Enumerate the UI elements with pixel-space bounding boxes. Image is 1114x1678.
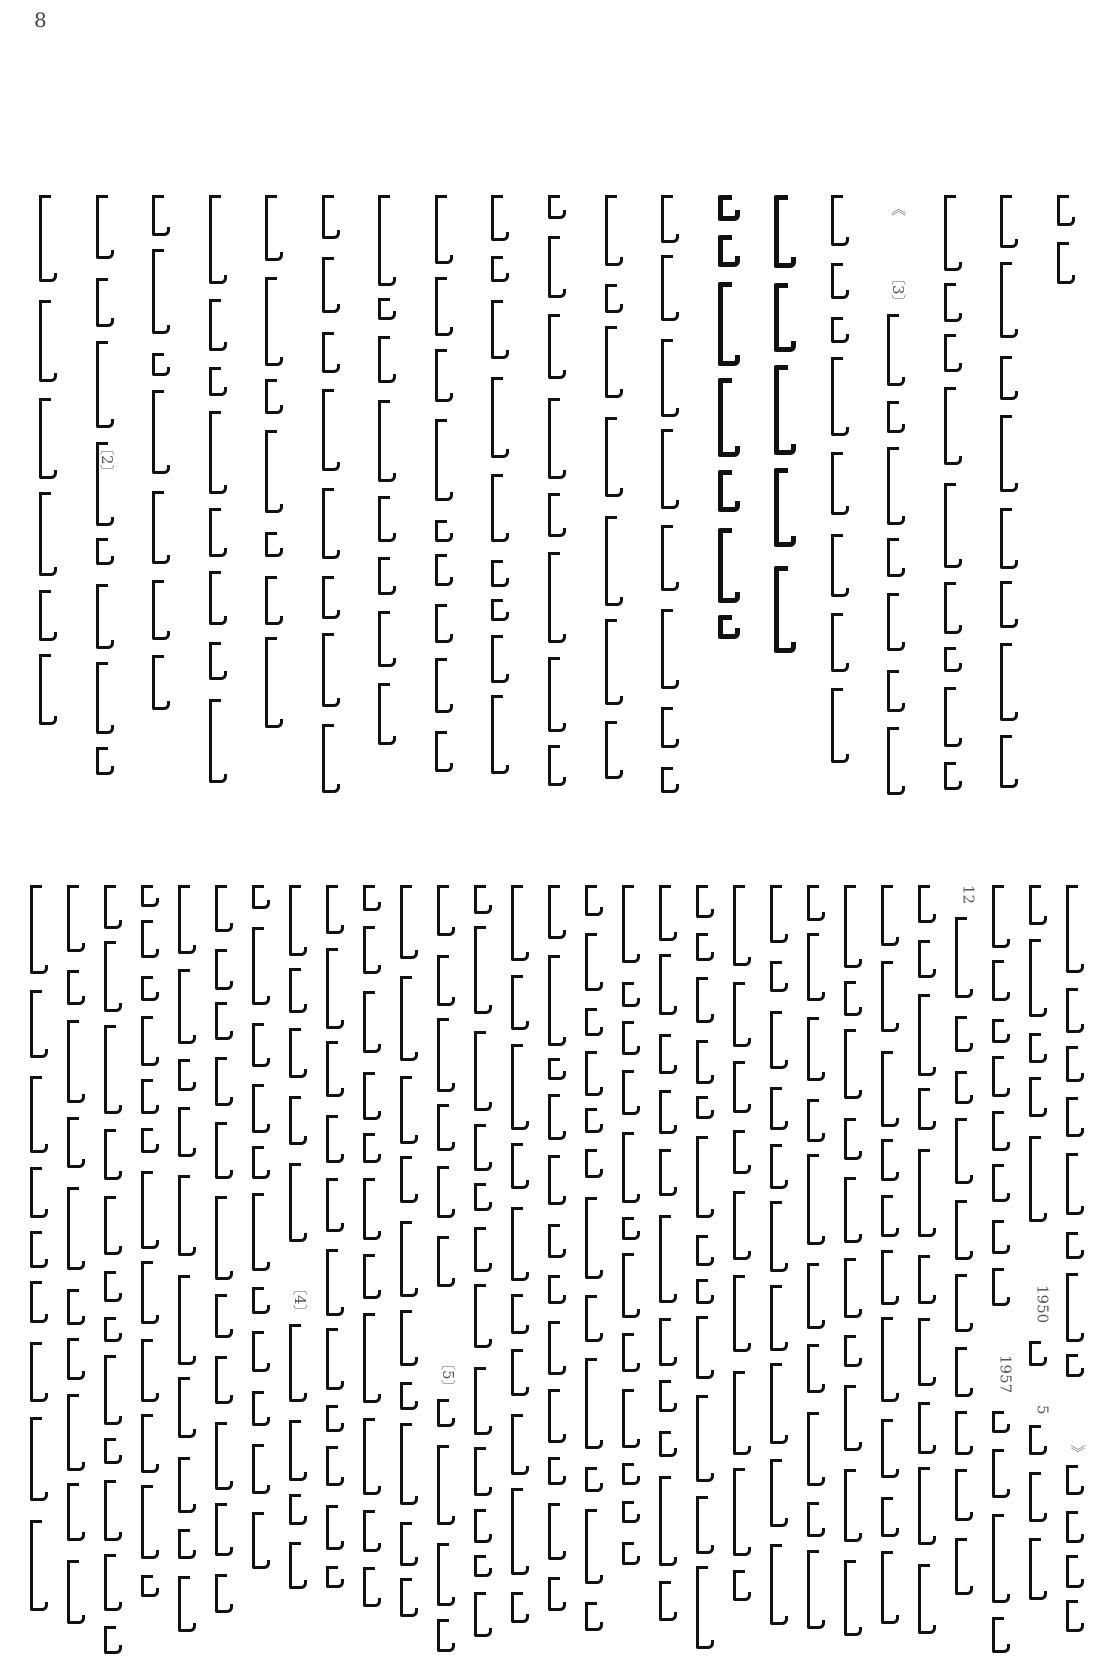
mongolian-word [992,1019,1013,1043]
mongolian-word [659,1318,680,1366]
lower-text-block: 〔4〕〔5〕12195719505》 [20,885,1094,1665]
mongolian-word [622,1501,643,1523]
mongolian-word [104,1271,125,1302]
mongolian-word [326,885,347,934]
mongolian-word [511,1592,532,1623]
mongolian-word [659,885,680,941]
upper-text-block: 〔2〕〔3〕《 [20,195,1094,825]
mongolian-word [511,1207,532,1281]
mongolian-word [252,1444,273,1494]
mongolian-word [548,657,569,732]
mongolian-word [733,1570,754,1601]
mongolian-word [696,1136,717,1218]
text-column [657,195,683,795]
text-column [914,885,940,1655]
mongolian-word [770,1201,791,1272]
mongolian-word [215,949,236,990]
mongolian-word [1066,1354,1087,1377]
mongolian-word [585,1149,606,1178]
text-column [396,885,422,1655]
text-column [470,885,496,1655]
mongolian-word [585,1358,606,1449]
mongolian-word [944,334,965,372]
mongolian-word [1000,643,1021,721]
mongolian-word [548,1389,569,1443]
mongolian-word [622,1070,643,1115]
mongolian-word [770,1087,791,1130]
mongolian-word [548,314,569,379]
text-column [26,885,52,1655]
mongolian-word [104,1196,125,1255]
mongolian-word [585,1008,606,1036]
mongolian-word [992,1617,1013,1653]
inline-marker: 12 [951,885,977,904]
mongolian-word [104,1554,125,1611]
mongolian-word [400,1310,421,1366]
mongolian-word [807,1344,828,1393]
mongolian-word [215,1574,236,1613]
mongolian-word [1000,356,1021,400]
mongolian-word [511,1143,532,1189]
text-column [692,885,718,1655]
mongolian-word [887,314,908,386]
mongolian-word [326,1446,347,1486]
mongolian-word [141,1485,162,1559]
mongolian-word [659,1476,680,1566]
mongolian-word [831,688,852,763]
mongolian-word [774,468,797,547]
mongolian-word [30,1281,51,1323]
mongolian-word [152,491,173,564]
mongolian-word [585,1108,606,1133]
mongolian-word [661,609,682,689]
mongolian-word [178,1175,199,1256]
mongolian-word [992,1411,1013,1433]
mongolian-word [605,195,626,266]
text-column [996,195,1022,795]
mongolian-word [661,429,682,509]
mongolian-word [252,885,273,909]
mongolian-word [141,1016,162,1066]
mongolian-word [955,917,976,998]
mongolian-word [322,257,343,313]
text-column [1053,195,1079,795]
mongolian-word [807,1154,828,1245]
mongolian-word [437,1399,458,1427]
mongolian-word [435,349,456,402]
mongolian-word [659,1215,680,1303]
mongolian-word [178,1529,199,1559]
mongolian-word [363,926,384,974]
text-column [655,885,681,1655]
mongolian-word [918,1088,939,1130]
mongolian-word [474,926,495,1014]
mongolian-word [178,1377,199,1438]
mongolian-word [696,1395,717,1482]
mongolian-word [955,1071,976,1104]
mongolian-word [696,1096,717,1119]
mongolian-word [252,1391,273,1426]
mongolian-word [96,341,117,428]
mongolian-word [733,982,754,1047]
mongolian-word [265,195,286,261]
mongolian-word [696,1235,717,1266]
mongolian-word [30,1167,51,1218]
mongolian-word [881,1497,902,1537]
mongolian-word [39,195,60,282]
mongolian-word [209,367,230,396]
mongolian-word [322,332,343,373]
mongolian-word [437,885,458,936]
mongolian-word [548,1058,569,1080]
mongolian-word [322,633,343,707]
mongolian-word [39,300,60,382]
mongolian-word [104,1438,125,1464]
mongolian-word [474,1183,495,1211]
mongolian-word [807,1099,828,1142]
mongolian-word [696,1040,717,1084]
mongolian-word [265,277,286,366]
mongolian-word [215,1356,236,1404]
mongolian-word [881,1139,902,1181]
mongolian-word [152,195,173,236]
mongolian-word [491,300,512,359]
mongolian-word [1066,988,1087,1033]
mongolian-word [474,1367,495,1435]
mongolian-word [661,339,682,417]
text-column [766,885,792,1655]
mongolian-word [661,195,682,243]
mongolian-word [67,1187,88,1270]
mongolian-word [474,1447,495,1496]
mongolian-word [844,885,865,968]
mongolian-word [326,1328,347,1390]
mongolian-word [992,1220,1013,1254]
mongolian-word [378,611,399,667]
mongolian-word [918,885,939,923]
mongolian-word [659,1380,680,1412]
text-column [877,885,903,1655]
mongolian-word [435,520,456,542]
mongolian-word [718,195,741,221]
mongolian-word [733,1275,754,1352]
mongolian-word [548,1224,569,1258]
mongolian-word [491,560,512,587]
mongolian-word [585,1051,606,1096]
mongolian-word [881,1250,902,1305]
mongolian-word [39,590,60,641]
mongolian-word [178,1576,199,1632]
mongolian-word [265,430,286,513]
mongolian-word [955,1411,976,1455]
heading-column [714,195,740,795]
mongolian-word [491,635,512,683]
mongolian-word [378,336,399,383]
mongolian-word [548,1321,569,1375]
mongolian-word [887,401,908,433]
mongolian-word [733,1371,754,1455]
mongolian-word [548,398,569,479]
mongolian-word [104,941,125,1012]
mongolian-word [992,1449,1013,1498]
mongolian-word [289,1494,310,1525]
mongolian-word [887,670,908,712]
mongolian-word [178,1107,199,1157]
mongolian-word [718,282,741,366]
mongolian-word [1000,195,1021,248]
inline-marker: 〔4〕 [285,1280,311,1320]
mongolian-word [548,1457,569,1485]
mongolian-word [844,1029,865,1099]
mongolian-word [770,1363,791,1444]
mongolian-word [1057,195,1078,226]
mongolian-word [585,1197,606,1279]
mongolian-word [178,1457,199,1513]
mongolian-word [733,1130,754,1174]
mongolian-word [944,762,965,790]
mongolian-word [30,1231,51,1268]
text-column: 〔5〕 [433,885,459,1655]
mongolian-word [585,885,606,916]
mongolian-word [474,1555,495,1577]
mongolian-word [1029,1033,1050,1063]
mongolian-word [548,195,569,219]
mongolian-word [944,483,965,568]
mongolian-word [289,1028,310,1078]
mongolian-word [844,1385,865,1451]
mongolian-word [378,195,399,286]
text-column [803,885,829,1655]
mongolian-word [774,283,797,352]
mongolian-word [141,1414,162,1473]
mongolian-word [696,1496,717,1554]
mongolian-word [209,642,230,680]
mongolian-word [67,1394,88,1471]
mongolian-word [265,637,286,728]
mongolian-word [39,654,60,725]
mongolian-word [152,249,173,334]
page-number: 8 [34,8,47,32]
mongolian-word [659,1581,680,1621]
mongolian-word [322,576,343,619]
mongolian-word [104,1355,125,1425]
text-column: 〔2〕 [92,195,118,795]
mongolian-word [400,1221,421,1297]
mongolian-word [104,1480,125,1541]
mongolian-word [289,1542,310,1589]
mongolian-word [955,1200,976,1260]
mongolian-word [548,493,569,537]
mongolian-word [696,885,717,918]
mongolian-word [289,968,310,1013]
text-column [63,885,89,1655]
mongolian-word [661,525,682,591]
mongolian-word [881,1317,902,1402]
text-column [544,195,570,795]
mongolian-word [1000,735,1021,788]
mongolian-word [326,1249,347,1316]
mongolian-word [718,235,741,267]
mongolian-word [918,1402,939,1454]
mongolian-word [265,532,286,557]
mongolian-word [659,1034,680,1074]
mongolian-word [844,1469,865,1542]
mongolian-word [622,1132,643,1203]
mongolian-word [992,1056,1013,1097]
mongolian-word [548,1503,569,1560]
mongolian-word [363,1133,384,1163]
mongolian-word [696,933,717,961]
mongolian-word [67,885,88,952]
text-column [840,885,866,1655]
text-column [100,885,126,1655]
mongolian-word [1066,1465,1087,1495]
mongolian-word [605,284,626,313]
mongolian-word [141,885,162,907]
mongolian-word [548,1275,569,1304]
mongolian-word [1066,1273,1087,1342]
mongolian-word [400,1522,421,1566]
mongolian-word [30,1417,51,1501]
mongolian-word [215,1002,236,1040]
mongolian-word [400,1382,421,1410]
mongolian-word [437,1543,458,1606]
mongolian-word [491,195,512,241]
mongolian-word [96,538,117,565]
mongolian-word [622,1542,643,1565]
mongolian-word [435,604,456,643]
mongolian-word [474,1509,495,1543]
mongolian-word [435,658,456,713]
mongolian-word [992,1514,1013,1603]
mongolian-word [437,1236,458,1287]
mongolian-word [491,599,512,621]
mongolian-word [696,1279,717,1304]
mongolian-word [733,1191,754,1260]
mongolian-word [605,417,626,497]
mongolian-word [944,687,965,747]
mongolian-word [1029,1077,1050,1117]
mongolian-word [548,885,569,939]
mongolian-word [326,1505,347,1550]
mongolian-word [209,699,230,783]
mongolian-word [96,195,117,259]
mongolian-word [585,1602,606,1631]
mongolian-word [807,1263,828,1329]
mongolian-word [622,1021,643,1055]
mongolian-word [252,927,273,1005]
mongolian-word [437,1104,458,1151]
mongolian-word [955,1016,976,1052]
mongolian-word [491,256,512,282]
mongolian-word [326,1405,347,1432]
text-column [544,885,570,1655]
mongolian-word [774,195,797,268]
mongolian-word [622,1463,643,1485]
mongolian-word [152,580,173,640]
inline-marker: 1950 [1025,1285,1051,1323]
mongolian-word [491,377,512,458]
mongolian-word [774,566,797,653]
mongolian-word [622,1389,643,1448]
mongolian-word [585,1295,606,1342]
mongolian-word [511,1349,532,1396]
text-column [618,885,644,1655]
mongolian-word [209,508,230,557]
mongolian-word [844,1258,865,1318]
mongolian-word [215,1122,236,1179]
text-column: 12 [951,885,977,1655]
mongolian-word [96,278,117,327]
mongolian-word [770,1544,791,1625]
mongolian-word [696,1316,717,1379]
mongolian-word [435,195,456,264]
mongolian-word [104,885,125,929]
text-column: 19505 [1025,885,1051,1655]
mongolian-word [1066,1232,1087,1259]
mongolian-word [363,1178,384,1240]
mongolian-word [104,1626,125,1654]
mongolian-word [39,398,60,479]
mongolian-word [67,1289,88,1325]
mongolian-word [435,554,456,586]
text-column [35,195,61,795]
mongolian-word [1000,581,1021,628]
mongolian-word [831,357,852,436]
inline-marker: 1957 [988,1355,1014,1393]
mongolian-word [887,727,908,795]
mongolian-word [944,195,965,271]
mongolian-word [918,1564,939,1634]
inline-marker: 〔2〕 [92,440,118,480]
mongolian-word [1029,885,1050,925]
mongolian-word [881,1051,902,1127]
mongolian-word [622,1333,643,1372]
mongolian-word [918,1255,939,1304]
mongolian-word [435,731,456,772]
mongolian-word [215,1503,236,1556]
inline-marker: 〔3〕 [883,270,909,310]
text-column [174,885,200,1655]
mongolian-word [474,1031,495,1111]
mongolian-word [326,1566,347,1588]
mongolian-word [733,1468,754,1556]
text-column [148,195,174,795]
mongolian-word [491,695,512,774]
mongolian-word [141,1575,162,1597]
inline-marker: 〔5〕 [433,1355,459,1395]
mongolian-word [289,1324,310,1402]
mongolian-word [67,1020,88,1103]
mongolian-word [30,1342,51,1402]
mongolian-word [1057,242,1078,284]
mongolian-word [30,1520,51,1611]
mongolian-word [363,1567,384,1607]
mongolian-word [1066,885,1087,973]
mongolian-word [152,655,173,710]
mongolian-word [152,353,173,376]
text-column [940,195,966,795]
mongolian-word [363,885,384,911]
mongolian-word [887,593,908,651]
mongolian-word [322,195,343,239]
mongolian-word [1029,1538,1050,1600]
mongolian-word [511,1414,532,1475]
mongolian-word [326,948,347,1029]
mongolian-word [831,195,852,246]
mongolian-word [437,1166,458,1218]
mongolian-word [548,552,569,643]
